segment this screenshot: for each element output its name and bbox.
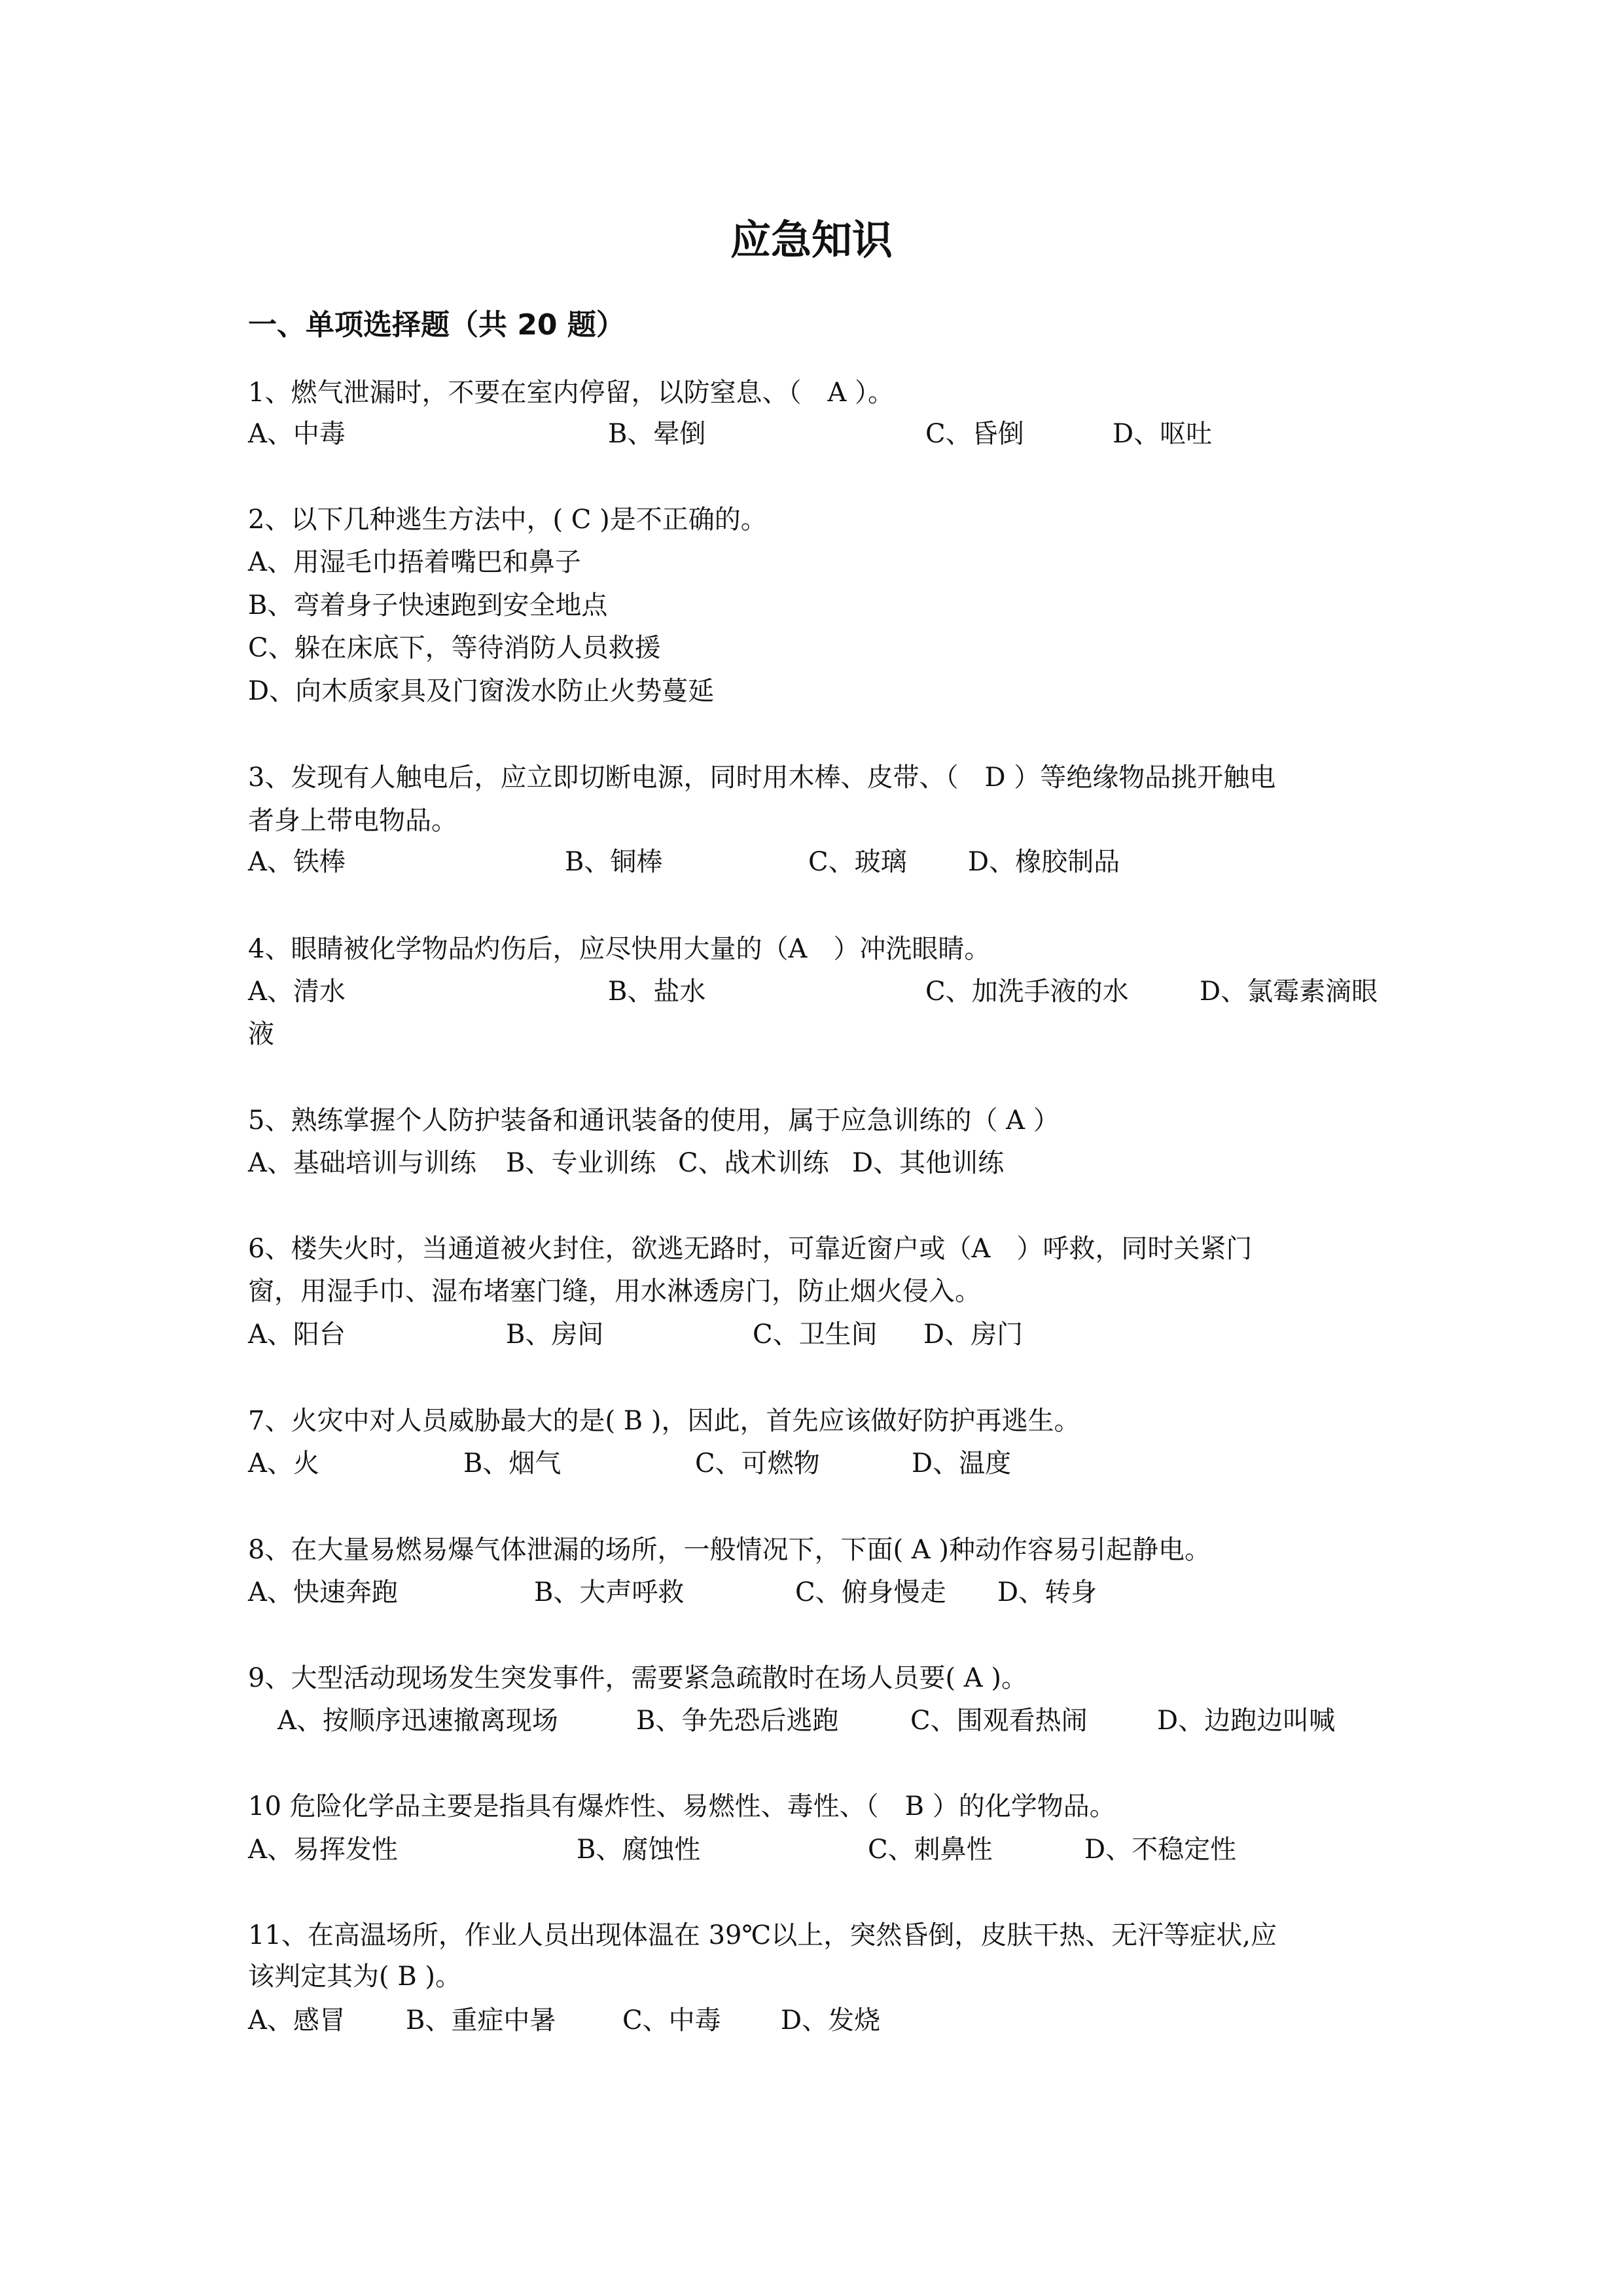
q6-option-c: C、卫生间 — [753, 1314, 878, 1355]
q5-option-b: B、专业训练 — [506, 1142, 656, 1184]
q8-option-a: A、快速奔跑 — [248, 1571, 398, 1613]
q10-option-b: B、腐蚀性 — [577, 1829, 700, 1871]
question-11-line-2: 该判定其为( B )。 — [248, 1956, 461, 1998]
section-heading: 一、单项选择题（共 20 题） — [248, 302, 625, 348]
q3-option-c: C、玻璃 — [808, 841, 907, 883]
q9-option-a: A、按顺序迅速撤离现场 — [277, 1700, 558, 1742]
q11-option-d: D、发烧 — [781, 2000, 880, 2041]
q11-option-a: A、感冒 — [248, 2000, 346, 2041]
question-1: 1、燃气泄漏时，不要在室内停留，以防窒息、（ A ）。 — [248, 372, 894, 414]
page-title: 应急知识 — [0, 211, 1623, 270]
question-3-line-2: 者身上带电物品。 — [248, 800, 457, 842]
q1-option-a: A、中毒 — [248, 413, 346, 455]
q11-option-c: C、中毒 — [622, 2000, 721, 2041]
q7-option-b: B、烟气 — [463, 1443, 561, 1484]
q8-option-c: C、俯身慢走 — [795, 1571, 946, 1613]
q8-option-b: B、大声呼救 — [534, 1571, 684, 1613]
question-8: 8、在大量易燃易爆气体泄漏的场所，一般情况下，下面( A )种动作容易引起静电。 — [248, 1529, 1211, 1571]
q9-option-c: C、围观看热闹 — [910, 1700, 1088, 1742]
q2-option-c: C、躲在床底下，等待消防人员救援 — [248, 627, 661, 669]
q11-option-b: B、重症中暑 — [406, 2000, 556, 2041]
q5-option-d: D、其他训练 — [852, 1142, 1004, 1184]
question-5: 5、熟练掌握个人防护装备和通讯装备的使用，属于应急训练的（ A ） — [248, 1100, 1060, 1141]
q2-option-a: A、用湿毛巾捂着嘴巴和鼻子 — [248, 541, 581, 583]
q4-option-d-wrap: 液 — [248, 1013, 274, 1055]
question-10: 10 危险化学品主要是指具有爆炸性、易燃性、毒性、（ B ）的化学物品。 — [248, 1785, 1116, 1827]
q2-option-d: D、向木质家具及门窗泼水防止火势蔓延 — [248, 670, 714, 712]
q1-option-c: C、昏倒 — [925, 413, 1024, 455]
q4-option-d: D、氯霉素滴眼 — [1200, 971, 1378, 1013]
q1-option-d: D、呕吐 — [1113, 413, 1212, 455]
q2-option-b: B、弯着身子快速跑到安全地点 — [248, 584, 607, 626]
question-11-line-1: 11、在高温场所，作业人员出现体温在 39℃以上，突然昏倒，皮肤干热、无汗等症状… — [248, 1914, 1277, 1956]
question-6-line-2: 窗，用湿手巾、湿布堵塞门缝，用水淋透房门，防止烟火侵入。 — [248, 1270, 981, 1312]
q10-option-a: A、易挥发性 — [248, 1829, 398, 1871]
q3-option-d: D、橡胶制品 — [968, 841, 1120, 883]
q4-option-b: B、盐水 — [608, 971, 705, 1013]
question-7: 7、火灾中对人员威胁最大的是( B )，因此，首先应该做好防护再逃生。 — [248, 1400, 1080, 1442]
q6-option-a: A、阳台 — [248, 1314, 346, 1355]
q10-option-c: C、刺鼻性 — [868, 1829, 993, 1871]
q3-option-a: A、铁棒 — [248, 841, 346, 883]
q7-option-d: D、温度 — [912, 1443, 1011, 1484]
q5-option-a: A、基础培训与训练 — [248, 1142, 476, 1184]
q1-option-b: B、晕倒 — [608, 413, 705, 455]
q6-option-d: D、房门 — [923, 1314, 1023, 1355]
question-2: 2、以下几种逃生方法中，( C )是不正确的。 — [248, 499, 767, 541]
q4-option-a: A、清水 — [248, 971, 346, 1013]
q9-option-b: B、争先恐后逃跑 — [636, 1700, 838, 1742]
q10-option-d: D、不稳定性 — [1084, 1829, 1236, 1871]
question-4: 4、眼睛被化学物品灼伤后，应尽快用大量的（A ）冲洗眼睛。 — [248, 928, 990, 970]
q5-option-c: C、战术训练 — [678, 1142, 829, 1184]
question-9: 9、大型活动现场发生突发事件，需要紧急疏散时在场人员要( A )。 — [248, 1657, 1027, 1699]
question-6-line-1: 6、楼失火时，当通道被火封住，欲逃无路时，可靠近窗户或（A ）呼救，同时关紧门 — [248, 1228, 1252, 1270]
q6-option-b: B、房间 — [506, 1314, 603, 1355]
q9-option-d: D、边跑边叫喊 — [1157, 1700, 1335, 1742]
question-3-line-1: 3、发现有人触电后，应立即切断电源，同时用木棒、皮带、（ D ）等绝缘物品挑开触… — [248, 757, 1275, 798]
q3-option-b: B、铜棒 — [565, 841, 662, 883]
q8-option-d: D、转身 — [997, 1571, 1097, 1613]
q4-option-c: C、加洗手液的水 — [925, 971, 1129, 1013]
q7-option-c: C、可燃物 — [695, 1443, 820, 1484]
q7-option-a: A、火 — [248, 1443, 319, 1484]
